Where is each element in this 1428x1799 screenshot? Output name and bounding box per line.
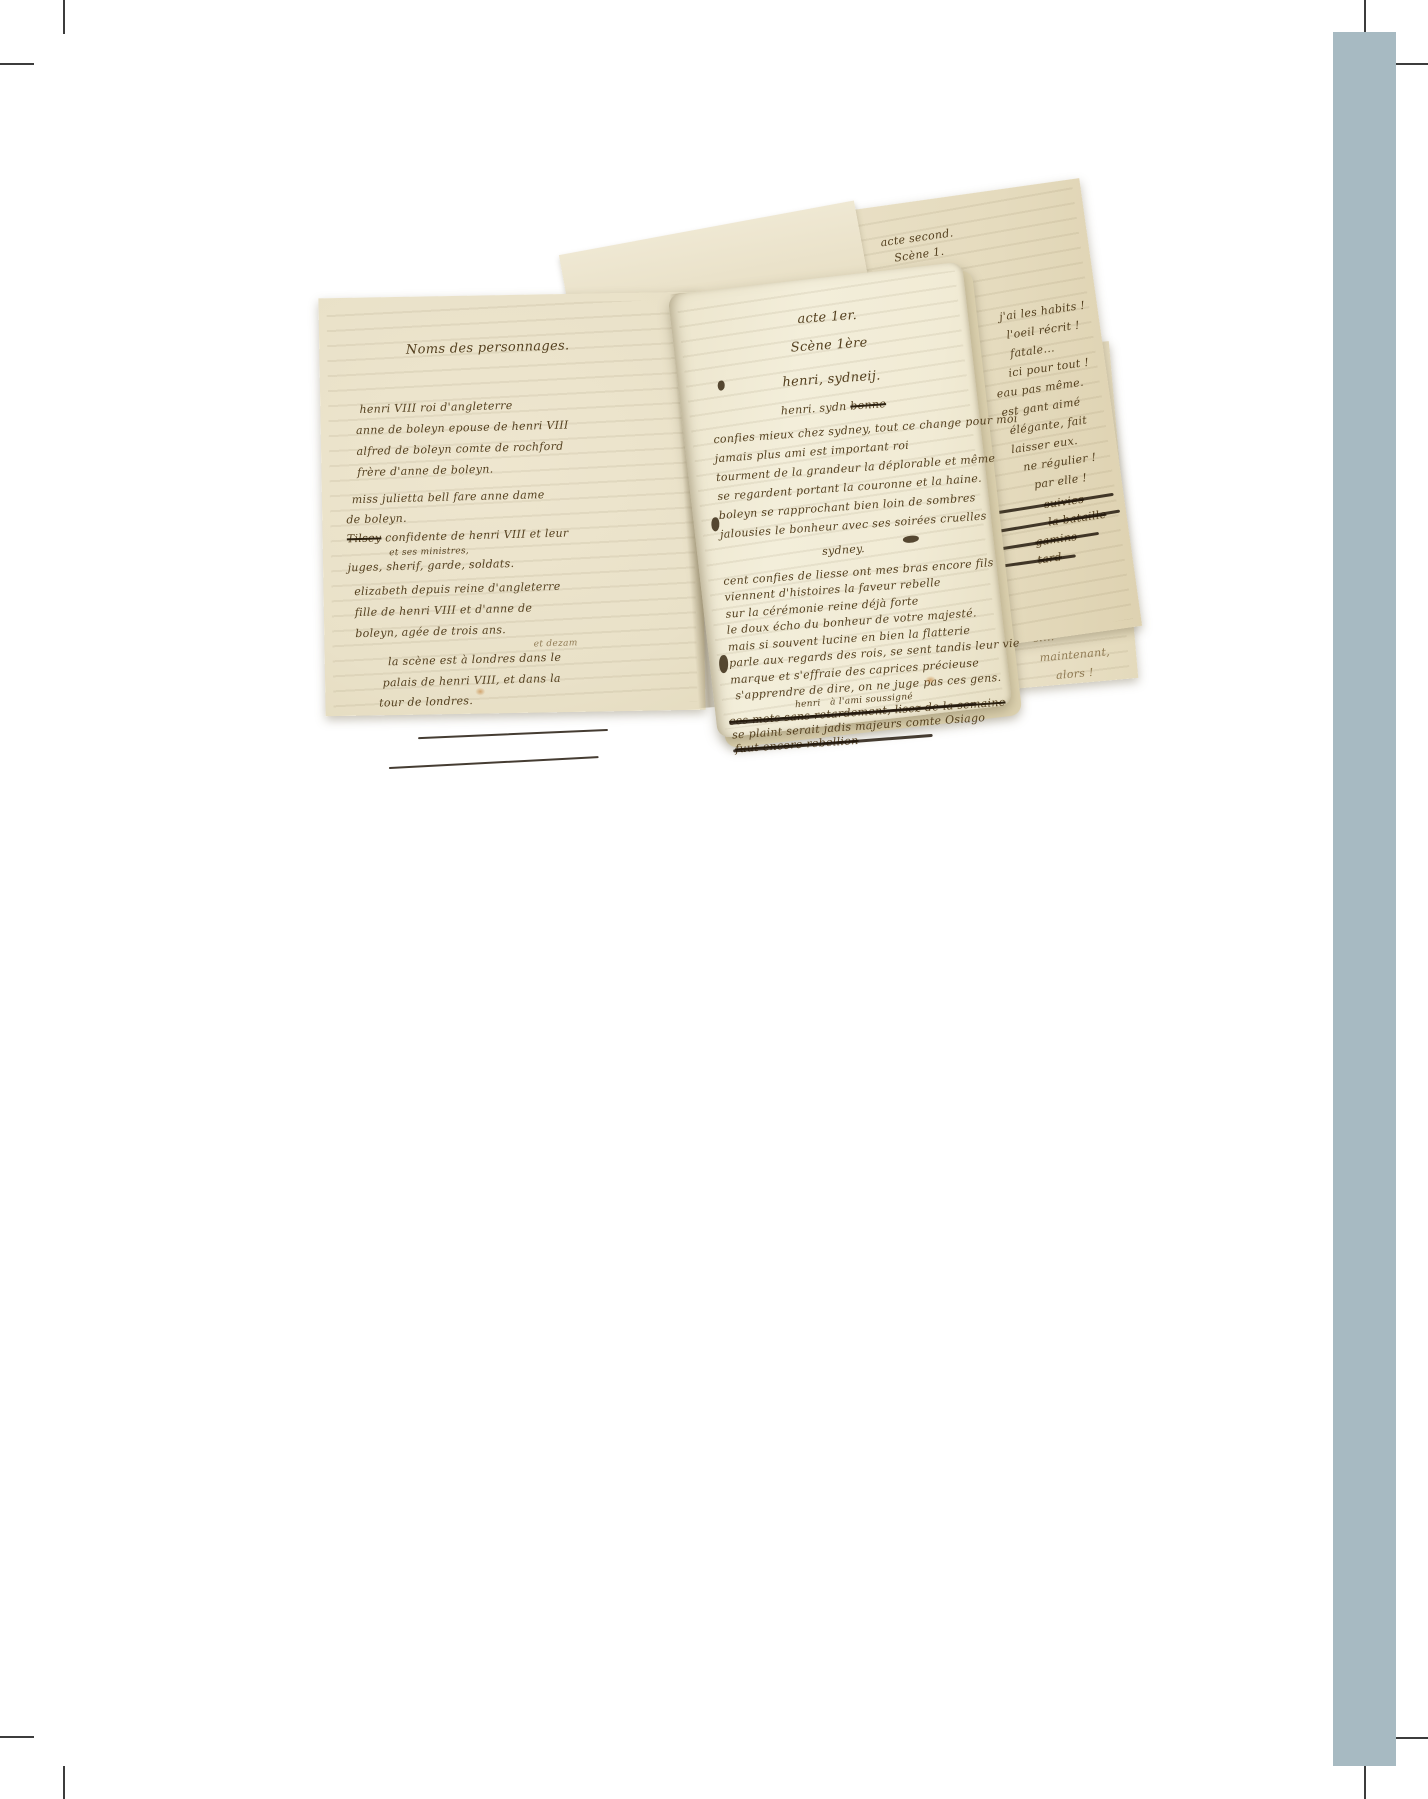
manuscript-photograph: elle un refus. et ! des amis ! la vie ? … [300,165,1130,730]
manuscript-line: henri VIII roi d'angleterre [359,399,512,416]
crop-mark-bottom-right-horizontal [1395,1737,1428,1739]
speaker-1-note: sydn [819,400,847,415]
faint-crossed-line [389,756,599,769]
crop-mark-bottom-left-horizontal [0,1736,34,1738]
crop-mark-top-left-vertical [63,0,65,34]
manuscript-line: anne de boleyn epouse de henri VIII [356,418,569,437]
fragment-line: maintenant, [1039,645,1110,664]
fragment-line: par elle ! [1033,471,1088,491]
crop-mark-top-right-vertical [1364,0,1366,32]
notebook-page-acte-1: acte 1er. Scène 1ère henri, sydneij. hen… [668,262,1013,739]
left-sheet-title: Noms des personnages. [406,339,570,356]
line-rest: confidente de henri VIII et leur [385,527,569,545]
manuscript-line: la scène est à londres dans le [388,651,561,669]
act-heading: acte 1er. [679,301,975,335]
fragment-line: l'oeil récrit ! [1006,319,1081,342]
speaker-1: henri. [780,402,816,417]
ink-blot [711,517,720,532]
left-sheet-text: Noms des personnages. henri VIII roi d'a… [317,290,708,718]
faint-crossed-line [418,729,608,739]
ink-blot [719,655,729,674]
side-tab-bar [1333,32,1396,1766]
catalogue-page: { "page": { "kind": "printed catalogue p… [0,0,1428,1799]
manuscript-line: elizabeth depuis reine d'angleterre [354,580,561,598]
manuscript-line: miss julietta bell fare anne dame [352,488,545,506]
speaker-1-crossed: bonne [850,397,887,412]
manuscript-line: palais de henri VIII, et dans la [382,672,561,690]
manuscript-line: fille de henri VIII et d'anne de [355,602,533,620]
crop-mark-bottom-right-vertical [1364,1766,1366,1799]
characters-line: henri, sydneij. [683,363,979,397]
fragment-line: laisser eux. [1010,434,1078,456]
manuscript-line: Tilsey confidente de henri VIII et leur [347,527,569,546]
manuscript-line: juges, sherif, garde, soldats. [347,557,514,574]
left-sheet-personnages: Noms des personnages. henri VIII roi d'a… [318,292,705,717]
manuscript-line: de boleyn. [346,512,407,527]
fragment-line: fatale... [1009,341,1055,360]
crop-mark-top-right-horizontal [1394,63,1428,65]
notebook-text: acte 1er. Scène 1ère henri, sydneij. hen… [677,273,1003,739]
interline-note: et dezam [534,637,578,651]
crop-mark-bottom-left-vertical [63,1766,65,1799]
crossed-word: Tilsey [347,531,382,545]
manuscript-line: boleyn, agée de trois ans. [355,623,506,640]
scene-heading: Scène 1ère [681,329,977,363]
fragment-line: alors ! [1056,666,1095,682]
manuscript-line: tour de londres. [379,694,473,709]
manuscript-line: alfred de boleyn comte de rochford [356,440,563,458]
crop-mark-top-left-horizontal [0,63,34,65]
manuscript-line: frère d'anne de boleyn. [357,462,494,479]
